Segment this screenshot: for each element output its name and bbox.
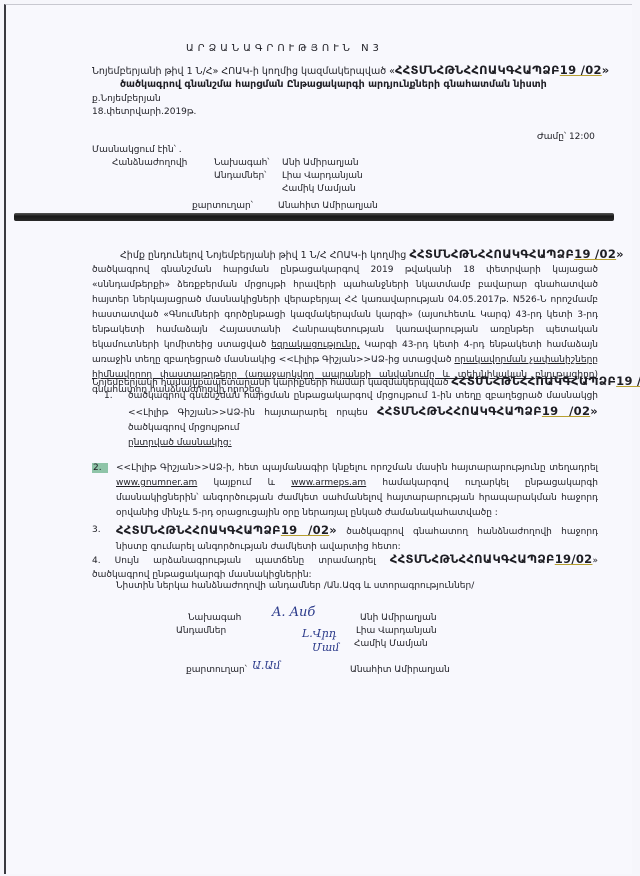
sig-member-name-2: Համիկ Մամյան bbox=[354, 639, 428, 649]
highlight-marker: 2. bbox=[92, 463, 108, 473]
document-page: ԱՐՁԱՆԱԳՐՈՒԹՅՈՒՆ N3 Նոյեմբերյանի թիվ 1 Ն/… bbox=[4, 4, 632, 874]
sig-chair-label: Նախագահ bbox=[188, 613, 241, 623]
chair-name: Անի Ամիրաղյան bbox=[282, 158, 359, 168]
signature-chair: A. Aиб bbox=[272, 605, 315, 620]
signature-secretary: Ա.Ամ bbox=[252, 659, 280, 672]
signature-member-2: Մամ bbox=[312, 641, 339, 654]
intro-first-line: Հիմք ընդունելով Նոյեմբերյանի թիվ 1 Ն/Հ Հ… bbox=[120, 247, 624, 261]
link-gnumner[interactable]: www.gnumner.am bbox=[116, 478, 197, 488]
sig-secretary-label: քարտուղար՝ bbox=[186, 665, 247, 675]
secretary-label: քարտուղար՝ bbox=[192, 201, 253, 211]
decision-intro: Նոյեմբերյանի համայնքապետարանի կարիքների … bbox=[92, 374, 640, 388]
link-armeps[interactable]: www.armeps.am bbox=[291, 478, 366, 488]
attendees-label: Մասնակցում էին՝ . bbox=[92, 145, 182, 155]
sig-member-name-1: Լիա Վարդանյան bbox=[356, 626, 437, 636]
date: 18.փետրվարի.2019թ. bbox=[92, 107, 196, 117]
decision-item-2: 2. <<Լիլիթ Գիշյան>>ԱՁ-ի, հետ պայմանագիր … bbox=[92, 461, 598, 521]
procurement-code: ՀՀՏՄՆՀԹՆՀՀՈԱԿԳՀԱՊՁԲ bbox=[395, 63, 560, 77]
members-label: Անդամներ՝ bbox=[214, 171, 266, 181]
procurement-code-suffix: 19 /02 bbox=[560, 63, 602, 77]
decision-item-3: 3. ՀՀՏՄՆՀԹՆՀՀՈԱԿԳՀԱՊՁԲ19 /02» ծածկագրով … bbox=[92, 523, 598, 555]
sig-secretary-name: Անահիտ Ամիրաղյան bbox=[350, 665, 450, 675]
present-members-note: Նիստին ներկա հանձնաժողովի անդամներ /Ան.Ա… bbox=[116, 581, 474, 591]
committee-label: Հանձնաժողովի bbox=[112, 158, 187, 168]
decision-list: 1. ծածկագրով գնանշման հարցման ընթացակարգ… bbox=[104, 389, 598, 451]
header-line-2: ծածկագրով գնանշմա հարցման Ընթացակարգի ար… bbox=[120, 79, 547, 90]
member-name-2: Համիկ Մամյան bbox=[282, 184, 356, 194]
horizontal-divider bbox=[14, 213, 614, 221]
sig-chair-name: Անի Ամիրաղյան bbox=[360, 613, 437, 623]
decision-item-1: 1. ծածկագրով գնանշման հարցման ընթացակարգ… bbox=[104, 389, 598, 451]
decision-item-4: 4. Սույն արձանագրության պատճենը տրամադրե… bbox=[92, 552, 598, 582]
chair-label: Նախագահ՝ bbox=[214, 158, 269, 168]
meeting-time: Ժամը՝ 12:00 bbox=[537, 132, 595, 142]
city: ք.Նոյեմբերյան bbox=[92, 94, 161, 104]
secretary-name: Անահիտ Ամիրաղյան bbox=[278, 201, 378, 211]
signature-member-1: L.Վրդ bbox=[302, 627, 336, 640]
member-name-1: Լիա Վարդանյան bbox=[282, 171, 363, 181]
header-line-1: Նոյեմբերյանի թիվ 1 Ն/Հ» ՀՈԱԿ-ի կողմից կա… bbox=[92, 63, 610, 77]
document-title: ԱՐՁԱՆԱԳՐՈՒԹՅՈՒՆ N3 bbox=[186, 43, 383, 54]
decision-item-2-wrap: 2. <<Լիլիթ Գիշյան>>ԱՁ-ի, հետ պայմանագիր … bbox=[92, 461, 598, 555]
sig-members-label: Անդամներ bbox=[176, 626, 226, 636]
